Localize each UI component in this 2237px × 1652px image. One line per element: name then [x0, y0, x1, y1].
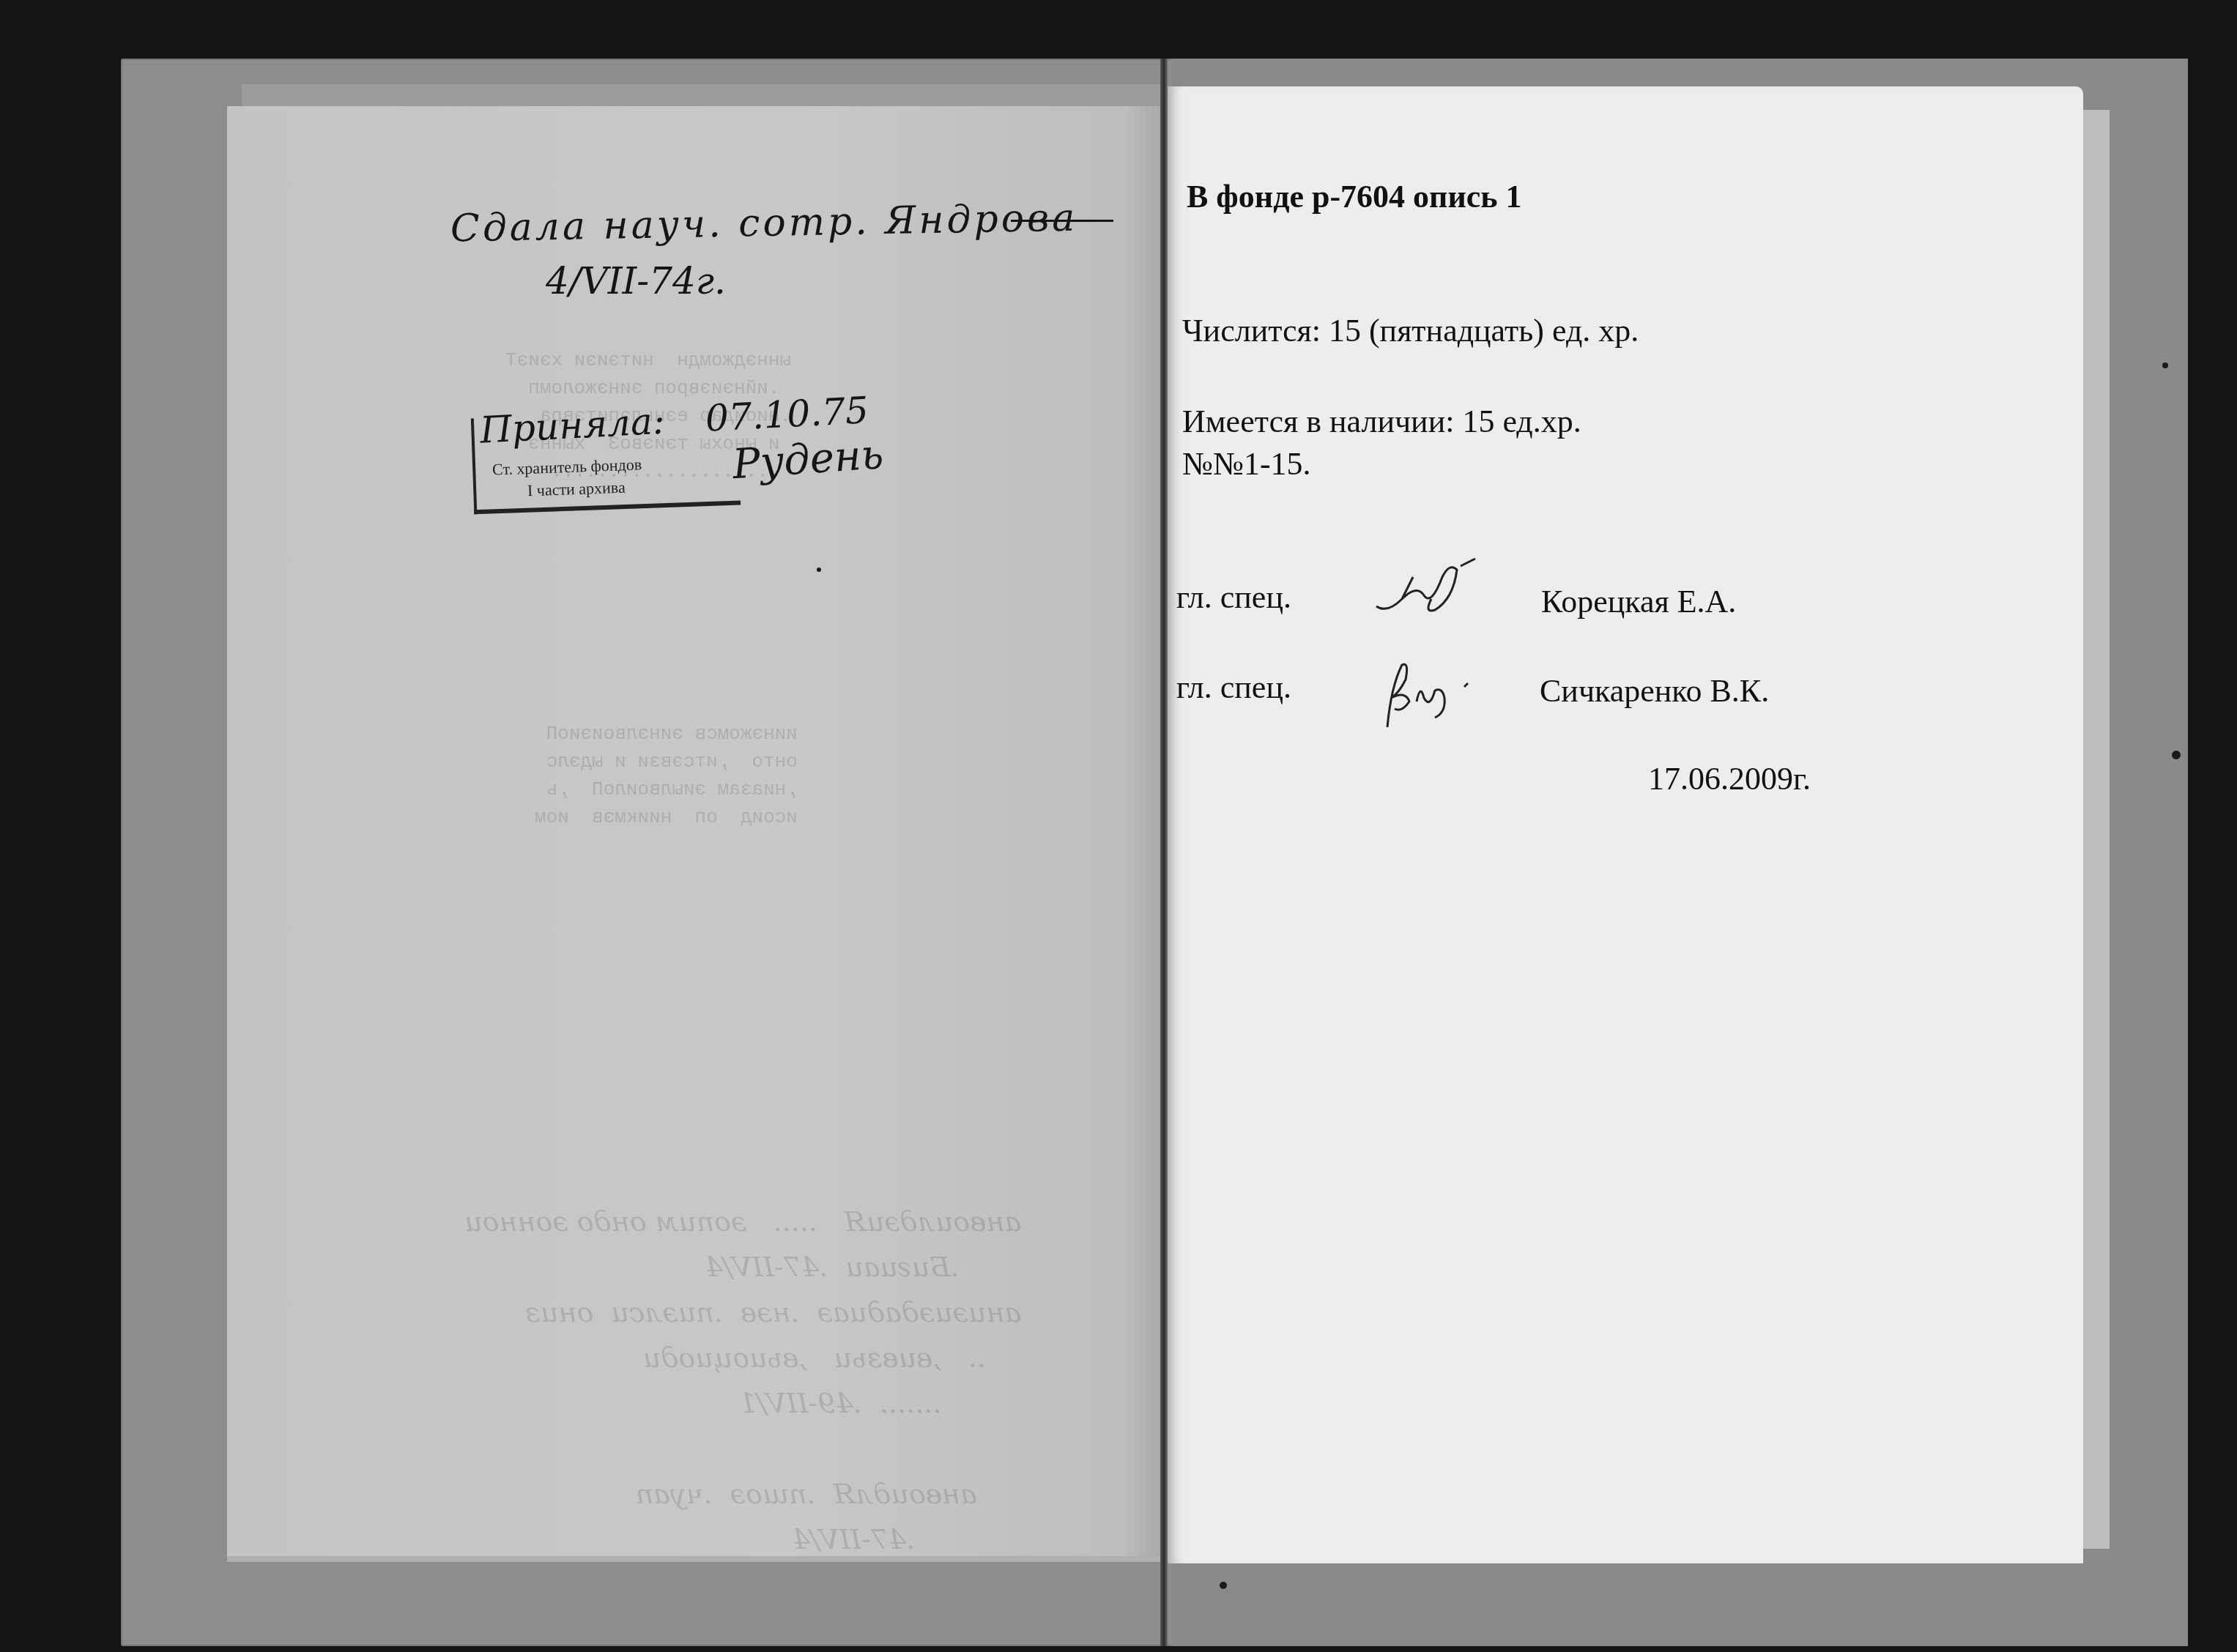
signatory-1-name: Корецкая Е.А.: [1541, 583, 1736, 620]
available-count: Имеется в наличии: 15 ед.хр.: [1182, 403, 1581, 440]
stamp-text-line2: I части архива: [527, 478, 626, 501]
bleed-through-typed-text: иинэжомсв эинэлвоиэиоП онто ,итсэвзи и ы…: [535, 692, 809, 859]
handwritten-underline-stroke: [1011, 220, 1113, 222]
listed-count: Числится: 15 (пятнадцать) ед. хр.: [1182, 312, 1639, 349]
signatory-2-position: гл. спец.: [1176, 669, 1291, 706]
signature-2-icon: [1373, 658, 1497, 731]
book-spine: [1160, 59, 1168, 1646]
item-numbers: №№1-15.: [1182, 445, 1311, 483]
fond-title: В фонде р-7604 опись 1: [1187, 178, 1522, 215]
dust-speck: [2162, 362, 2168, 368]
signatory-1-position: гл. спец.: [1176, 578, 1291, 616]
signature-1-icon: [1373, 555, 1497, 621]
right-page-certificate: В фонде р-7604 опись 1 Числится: 15 (пят…: [1168, 86, 2083, 1563]
bleed-through-handwriting: анвоилдэиЯ ..... эопим ондо эоннои .Биги…: [447, 1153, 1066, 1607]
signatory-2-name: Сичкаренко В.К.: [1540, 672, 1769, 710]
handwritten-handover-date: 4/VII-74г.: [546, 260, 726, 302]
left-page: ыннэджомдн нитэиэи хэиэТ .ийнэиэвроп эин…: [227, 106, 1161, 1562]
dust-speck: [817, 568, 821, 572]
dust-speck: [2172, 751, 2181, 759]
accepted-date: 07.10.75: [705, 389, 869, 440]
dust-speck: [1220, 1582, 1227, 1589]
certificate-date: 17.06.2009г.: [1648, 760, 1811, 797]
